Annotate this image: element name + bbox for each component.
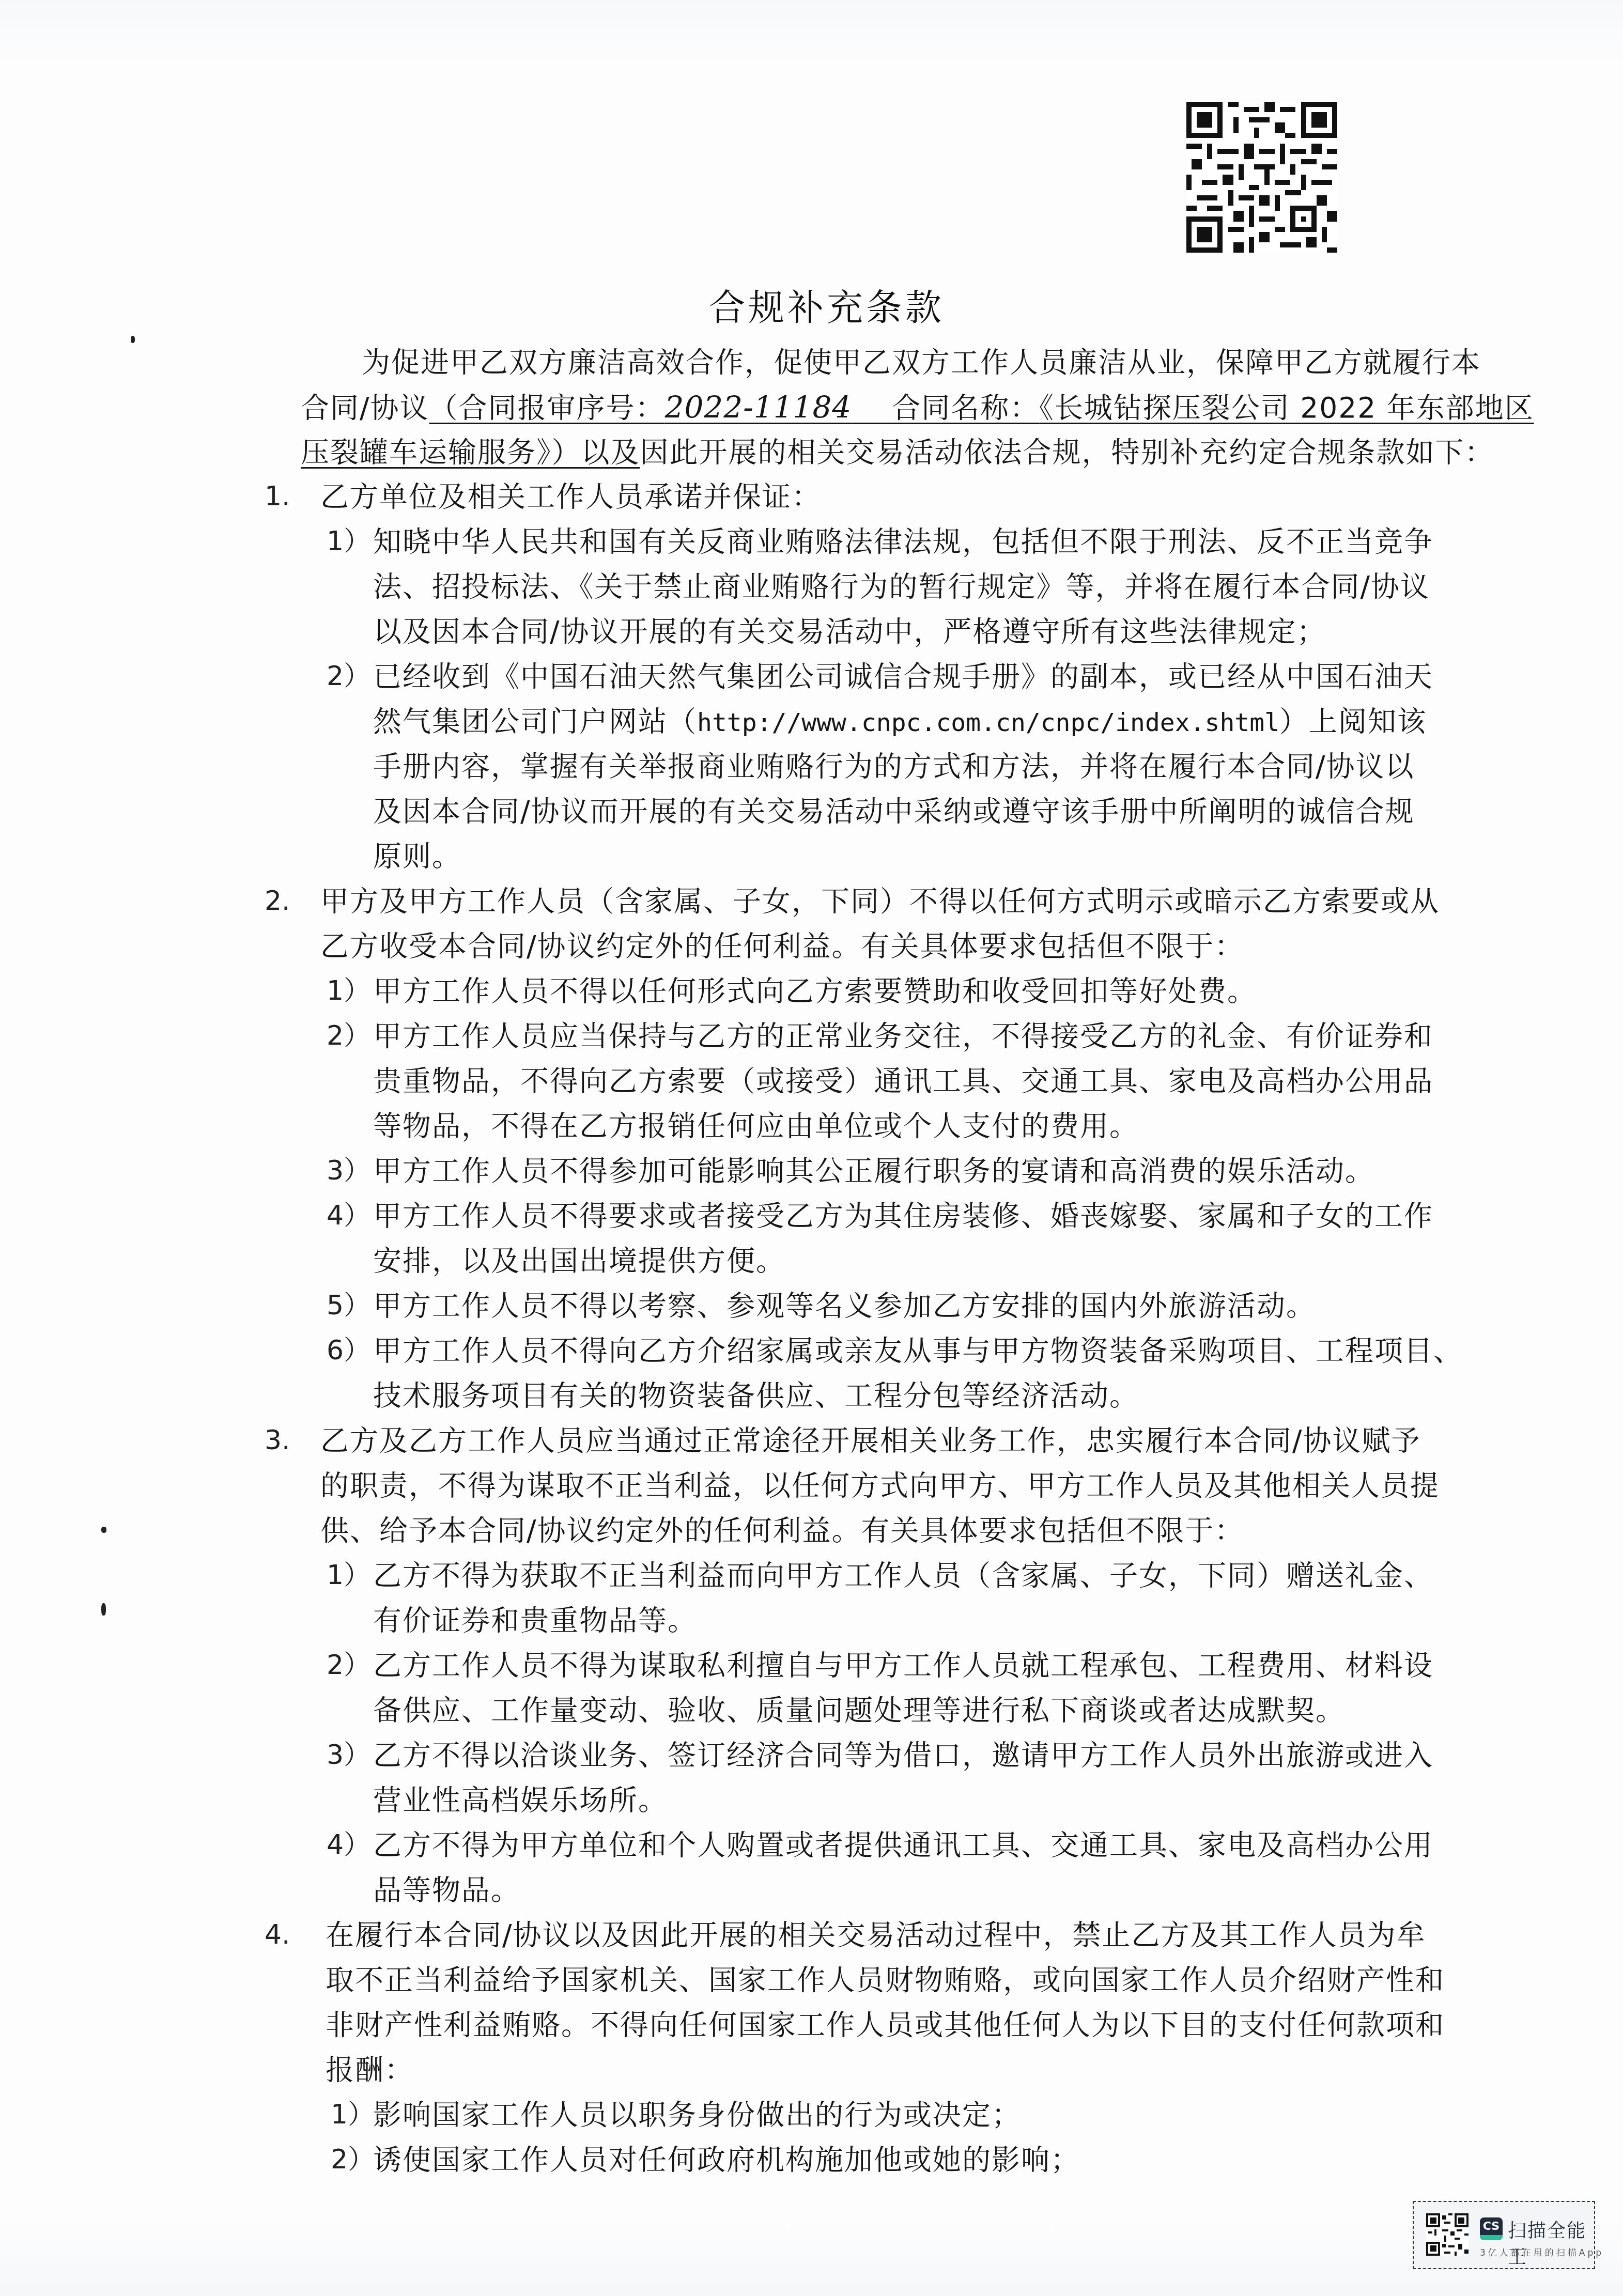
- s3-item-4-line-1: 乙方不得为甲方单位和个人购置或者提供通讯工具、交通工具、家电及高档办公用: [373, 1823, 1433, 1868]
- section-2-line-1: 甲方及甲方工作人员（含家属、子女，下同）不得以任何方式明示或暗示乙方索要或从: [320, 879, 1440, 924]
- portal-suffix: ）上阅知该: [1279, 705, 1427, 738]
- s3-item-4-number: 4）: [327, 1823, 370, 1868]
- s3-item-1-number: 1）: [327, 1553, 370, 1598]
- section-4-line-4: 报酬：: [326, 2047, 414, 2092]
- s4-item-1-line-1: 影响国家工作人员以职务身份做出的行为或决定；: [373, 2092, 1021, 2137]
- camscanner-watermark: CS 扫描全能王 3亿人都在用的扫描App: [1413, 2201, 1595, 2269]
- s3-item-2-line-2: 备供应、工作量变动、验收、质量问题处理等进行私下商谈或者达成默契。: [373, 1688, 1345, 1733]
- s2-item-5-number: 5）: [327, 1283, 370, 1328]
- s2-item-4-line-2: 安排，以及出国出境提供方便。: [373, 1238, 785, 1283]
- section-4-line-1: 在履行本合同/协议以及因此开展的相关交易活动过程中，禁止乙方及其工作人员为牟: [326, 1913, 1426, 1958]
- s1-item-1-number: 1）: [327, 519, 370, 564]
- s1-item-1-line-1: 知晓中华人民共和国有关反商业贿赂法律法规，包括但不限于刑法、反不正当竞争: [373, 519, 1433, 564]
- s3-item-3-number: 3）: [327, 1733, 370, 1778]
- s4-item-2-line-1: 诱使国家工作人员对任何政府机构施加他或她的影响；: [373, 2137, 1080, 2182]
- qr-code-icon: [1186, 99, 1337, 255]
- cnpc-portal-url: http://www.cnpc.com.cn/cnpc/index.shtml: [697, 708, 1279, 737]
- contract-name-label: 合同名称：: [892, 391, 1039, 424]
- s1-item-2-line-5: 原则。: [373, 834, 461, 879]
- watermark-qr-code-icon: [1426, 2213, 1469, 2256]
- section-4-line-2: 取不正当利益给予国家机关、国家工作人员财物贿赂，或向国家工作人员介绍财产性和: [326, 1958, 1445, 2003]
- camscanner-logo-icon: CS: [1480, 2217, 1503, 2240]
- section-3-number: 3.: [265, 1418, 290, 1463]
- s2-item-1-number: 1）: [327, 969, 370, 1014]
- camscanner-app-name: 扫描全能王: [1508, 2216, 1594, 2269]
- s3-item-3-line-1: 乙方不得以洽谈业务、签订经济合同等为借口，邀请甲方工作人员外出旅游或进入: [373, 1733, 1433, 1778]
- s4-item-2-number: 2）: [331, 2137, 375, 2182]
- s2-item-2-number: 2）: [327, 1014, 370, 1059]
- s2-item-3-number: 3）: [327, 1149, 370, 1193]
- s1-item-2-line-2: 然气集团公司门户网站（http://www.cnpc.com.cn/cnpc/i…: [373, 699, 1427, 746]
- document-title: 合规补充条款: [672, 279, 982, 331]
- section-4-number: 4.: [265, 1913, 290, 1958]
- section-1-number: 1.: [265, 474, 290, 519]
- s4-item-1-number: 1）: [331, 2092, 375, 2137]
- s2-item-2-line-3: 等物品，不得在乙方报销任何应由单位或个人支付的费用。: [373, 1104, 1139, 1149]
- s2-item-2-line-2: 贵重物品，不得向乙方索要（或接受）通讯工具、交通工具、家电及高档办公用品: [373, 1059, 1433, 1104]
- scan-speck: [131, 336, 135, 343]
- section-2-number: 2.: [265, 879, 290, 924]
- s2-item-1-line-1: 甲方工作人员不得以任何形式向乙方索要赞助和收受回扣等好处费。: [373, 969, 1257, 1014]
- review-label: （合同报审序号：: [429, 391, 665, 424]
- section-4-line-3: 非财产性利益贿赂。不得向任何国家工作人员或其他任何人为以下目的支付任何款项和: [326, 2003, 1445, 2047]
- s2-item-3-line-1: 甲方工作人员不得参加可能影响其公正履行职务的宴请和高消费的娱乐活动。: [373, 1149, 1374, 1193]
- s2-item-2-line-1: 甲方工作人员应当保持与乙方的正常业务交往，不得接受乙方的礼金、有价证券和: [373, 1014, 1433, 1059]
- s2-item-4-number: 4）: [327, 1193, 370, 1238]
- s2-item-4-line-1: 甲方工作人员不得要求或者接受乙方为其住房装修、婚丧嫁娶、家属和子女的工作: [373, 1193, 1433, 1238]
- s1-item-1-line-3: 以及因本合同/协议开展的有关交易活动中，严格遵守所有这些法律规定；: [373, 609, 1326, 654]
- s1-item-2-line-4: 及因本合同/协议而开展的有关交易活动中采纳或遵守该手册中所阐明的诚信合规: [373, 789, 1415, 834]
- s3-item-4-line-2: 品等物品。: [373, 1868, 520, 1913]
- intro-line-1: 为促进甲乙双方廉洁高效合作，促使甲乙双方工作人员廉洁从业，保障甲乙方就履行本: [362, 340, 1481, 385]
- section-1-text: 乙方单位及相关工作人员承诺并保证：: [320, 474, 821, 519]
- section-3-line-2: 的职责，不得为谋取不正当利益，以任何方式向甲方、甲方工作人员及其他相关人员提: [320, 1463, 1440, 1508]
- s3-item-1-line-1: 乙方不得为获取不正当利益而向甲方工作人员（含家属、子女，下同）赠送礼金、: [373, 1553, 1433, 1598]
- contract-name-part-2: 压裂罐车运输服务》）以及: [301, 436, 640, 469]
- s2-item-5-line-1: 甲方工作人员不得以考察、参观等名义参加乙方安排的国内外旅游活动。: [373, 1283, 1316, 1328]
- intro-line-3: 压裂罐车运输服务》）以及因此开展的相关交易活动依法合规，特别补充约定合规条款如下…: [301, 430, 1494, 475]
- s3-item-2-number: 2）: [327, 1643, 370, 1688]
- s1-item-2-line-1: 已经收到《中国石油天然气集团公司诚信合规手册》的副本，或已经从中国石油天: [373, 654, 1433, 699]
- s3-item-2-line-1: 乙方工作人员不得为谋取私利擅自与甲方工作人员就工程承包、工程费用、材料设: [373, 1643, 1433, 1688]
- s3-item-1-line-2: 有价证券和贵重物品等。: [373, 1598, 697, 1643]
- camscanner-tagline: 3亿人都在用的扫描App: [1480, 2245, 1604, 2258]
- section-3-line-1: 乙方及乙方工作人员应当通过正常途径开展相关业务工作，忠实履行本合同/协议赋予: [320, 1418, 1421, 1463]
- s2-item-6-line-2: 技术服务项目有关的物资装备供应、工程分包等经济活动。: [373, 1373, 1139, 1418]
- section-3-line-3: 供、给予本合同/协议约定外的任何利益。有关具体要求包括但不限于：: [320, 1508, 1244, 1553]
- s1-item-2-line-3: 手册内容，掌握有关举报商业贿赂行为的方式和方法，并将在履行本合同/协议以: [373, 744, 1415, 789]
- section-2-line-2: 乙方收受本合同/协议约定外的任何利益。有关具体要求包括但不限于：: [320, 924, 1244, 969]
- portal-label: 然气集团公司门户网站（: [373, 705, 697, 738]
- s1-item-2-number: 2）: [327, 654, 370, 699]
- intro-suffix: 因此开展的相关交易活动依法合规，特别补充约定合规条款如下：: [640, 436, 1494, 469]
- intro-prefix: 合同/协议: [301, 391, 429, 424]
- contract-name-part-1: 《长城钻探压裂公司 2022 年东部地区: [1039, 391, 1534, 424]
- s2-item-6-number: 6）: [327, 1328, 370, 1373]
- intro-line-2: 合同/协议（合同报审序号：2022-11184 合同名称：《长城钻探压裂公司 2…: [301, 385, 1534, 430]
- scan-speck: [101, 1527, 106, 1533]
- scanned-page: 合规补充条款 为促进甲乙双方廉洁高效合作，促使甲乙双方工作人员廉洁从业，保障甲乙…: [0, 0, 1623, 2296]
- review-number-field: 2022-11184: [665, 390, 852, 425]
- s3-item-3-line-2: 营业性高档娱乐场所。: [373, 1778, 668, 1823]
- scan-speck: [101, 1603, 106, 1616]
- s2-item-6-line-1: 甲方工作人员不得向乙方介绍家属或亲友从事与甲方物资装备采购项目、工程项目、: [373, 1328, 1463, 1373]
- s1-item-1-line-2: 法、招投标法、《关于禁止商业贿赂行为的暂行规定》等，并将在履行本合同/协议: [373, 564, 1430, 609]
- blank-line: [852, 391, 892, 424]
